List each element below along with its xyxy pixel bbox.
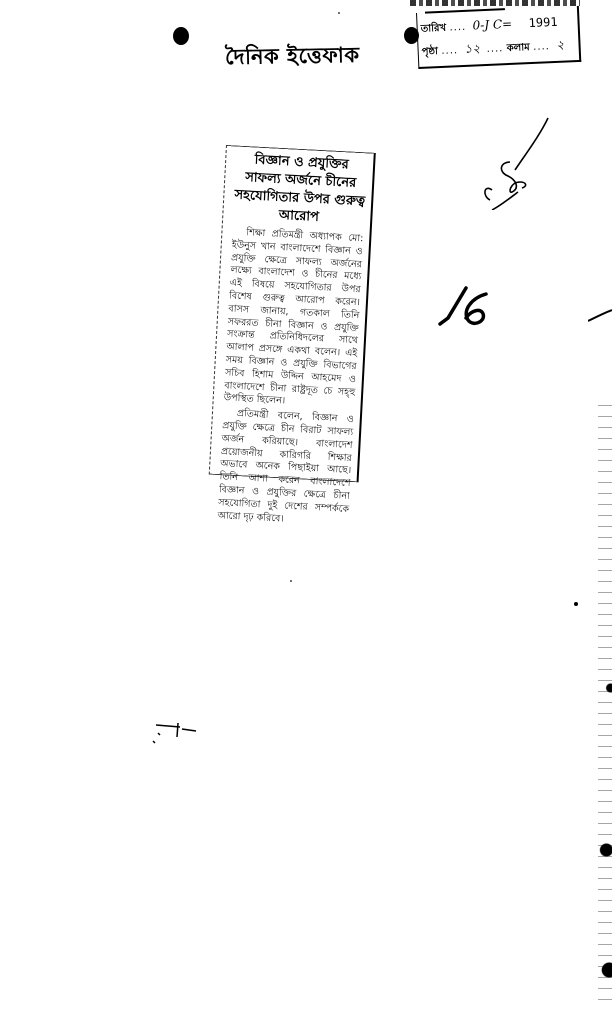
news-clipping: বিজ্ঞান ও প্রযুক্তির সাফল্য অর্জনে চীনের… [209, 145, 376, 482]
stamp-top-line [425, 8, 505, 13]
clipping-body: শিক্ষা প্রতিমন্ত্রী অধ্যাপক মো: ইউনুস খা… [217, 226, 363, 529]
stamp-dots: .... [486, 43, 503, 55]
clipping-paragraph: শিক্ষা প্রতিমন্ত্রী অধ্যাপক মো: ইউনুস খা… [223, 226, 363, 412]
stamp-year: 1991 [528, 15, 557, 30]
stamp-column-value: ২ [556, 38, 564, 52]
handwritten-dash-icon [588, 305, 612, 325]
stray-scan-mark-icon [150, 715, 200, 745]
stamp-page-value: ১২ [464, 41, 480, 56]
handwritten-signature-icon [470, 110, 560, 210]
stamp-page-label: পৃষ্ঠা [421, 46, 438, 58]
clipping-paragraph: প্রতিমন্ত্রী বলেন, বিজ্ঞান ও প্রযুক্তি ক… [217, 407, 354, 529]
punch-hole-left [173, 27, 189, 45]
newspaper-masthead: দৈনিক ইত্তেফাক [225, 39, 360, 76]
stamp-dots: .... [441, 45, 458, 57]
stamp-dots: .... [449, 22, 466, 34]
stamp-dots: .... [533, 41, 550, 53]
archive-stamp: তারিখ .... 0-J C= 1991 পৃষ্ঠা .... ১২ ..… [416, 6, 581, 69]
scan-speck [574, 602, 578, 606]
stamp-page-row: পৃষ্ঠা .... ১২ .... কলাম .... ২ [421, 36, 567, 62]
scan-speck [290, 580, 292, 582]
stamp-date-row: তারিখ .... 0-J C= 1991 [420, 15, 558, 39]
clipping-headline: বিজ্ঞান ও প্রযুক্তির সাফল্য অর্জনে চীনের… [233, 151, 368, 230]
scan-top-edge-noise [410, 0, 580, 6]
stamp-date-label: তারিখ [420, 23, 446, 35]
stamp-date-value: 0-J C= [472, 17, 512, 33]
stamp-column-label: কলাম [507, 42, 530, 54]
handwritten-page-number-icon [436, 284, 496, 329]
scan-right-edge-noise [598, 400, 612, 1000]
scan-speck [338, 12, 340, 14]
